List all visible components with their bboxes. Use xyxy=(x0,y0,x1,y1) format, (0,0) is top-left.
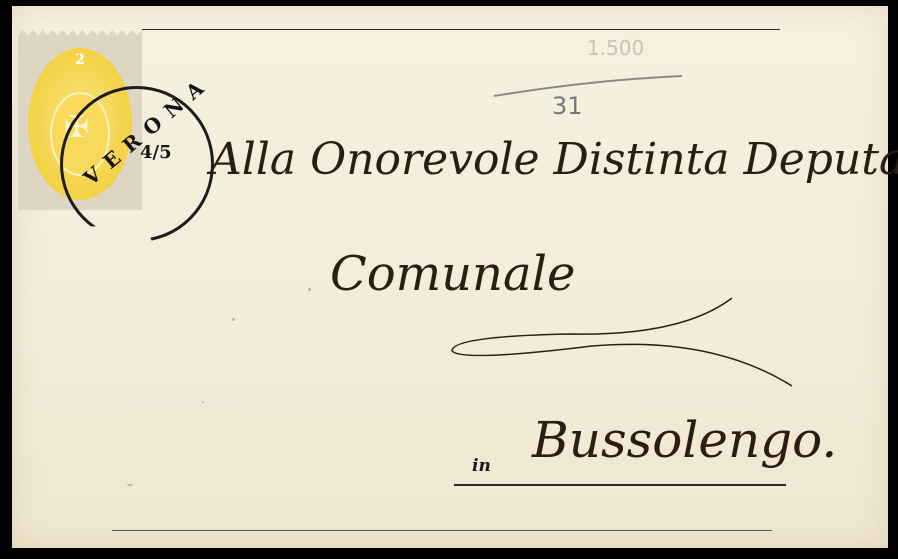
paper-speck xyxy=(127,484,133,486)
pencil-stroke xyxy=(492,66,692,106)
top-rule xyxy=(142,29,780,30)
pencil-faint-note: 1.500 xyxy=(587,36,644,60)
pencil-number: 31 xyxy=(552,92,583,120)
address-prefix-in: in xyxy=(472,456,491,476)
photo-frame: 1.500 31 Alla Onorevole Distinta Deputaz… xyxy=(0,0,898,559)
address-line-1: Alla Onorevole Distinta Deputaz.e xyxy=(210,134,898,185)
bottom-rule xyxy=(112,530,772,531)
address-line-2: Comunale xyxy=(330,246,575,302)
paper-speck xyxy=(232,318,235,321)
paper-speck xyxy=(308,288,311,291)
postmark-date: 4/5 xyxy=(140,144,172,162)
address-line-3: Bussolengo. xyxy=(532,411,837,469)
postmark-circle xyxy=(60,86,214,242)
address-underline xyxy=(454,484,786,486)
handwriting-flourish xyxy=(432,296,812,396)
stamp-value: 2 xyxy=(28,52,132,68)
paper-speck xyxy=(202,401,204,403)
